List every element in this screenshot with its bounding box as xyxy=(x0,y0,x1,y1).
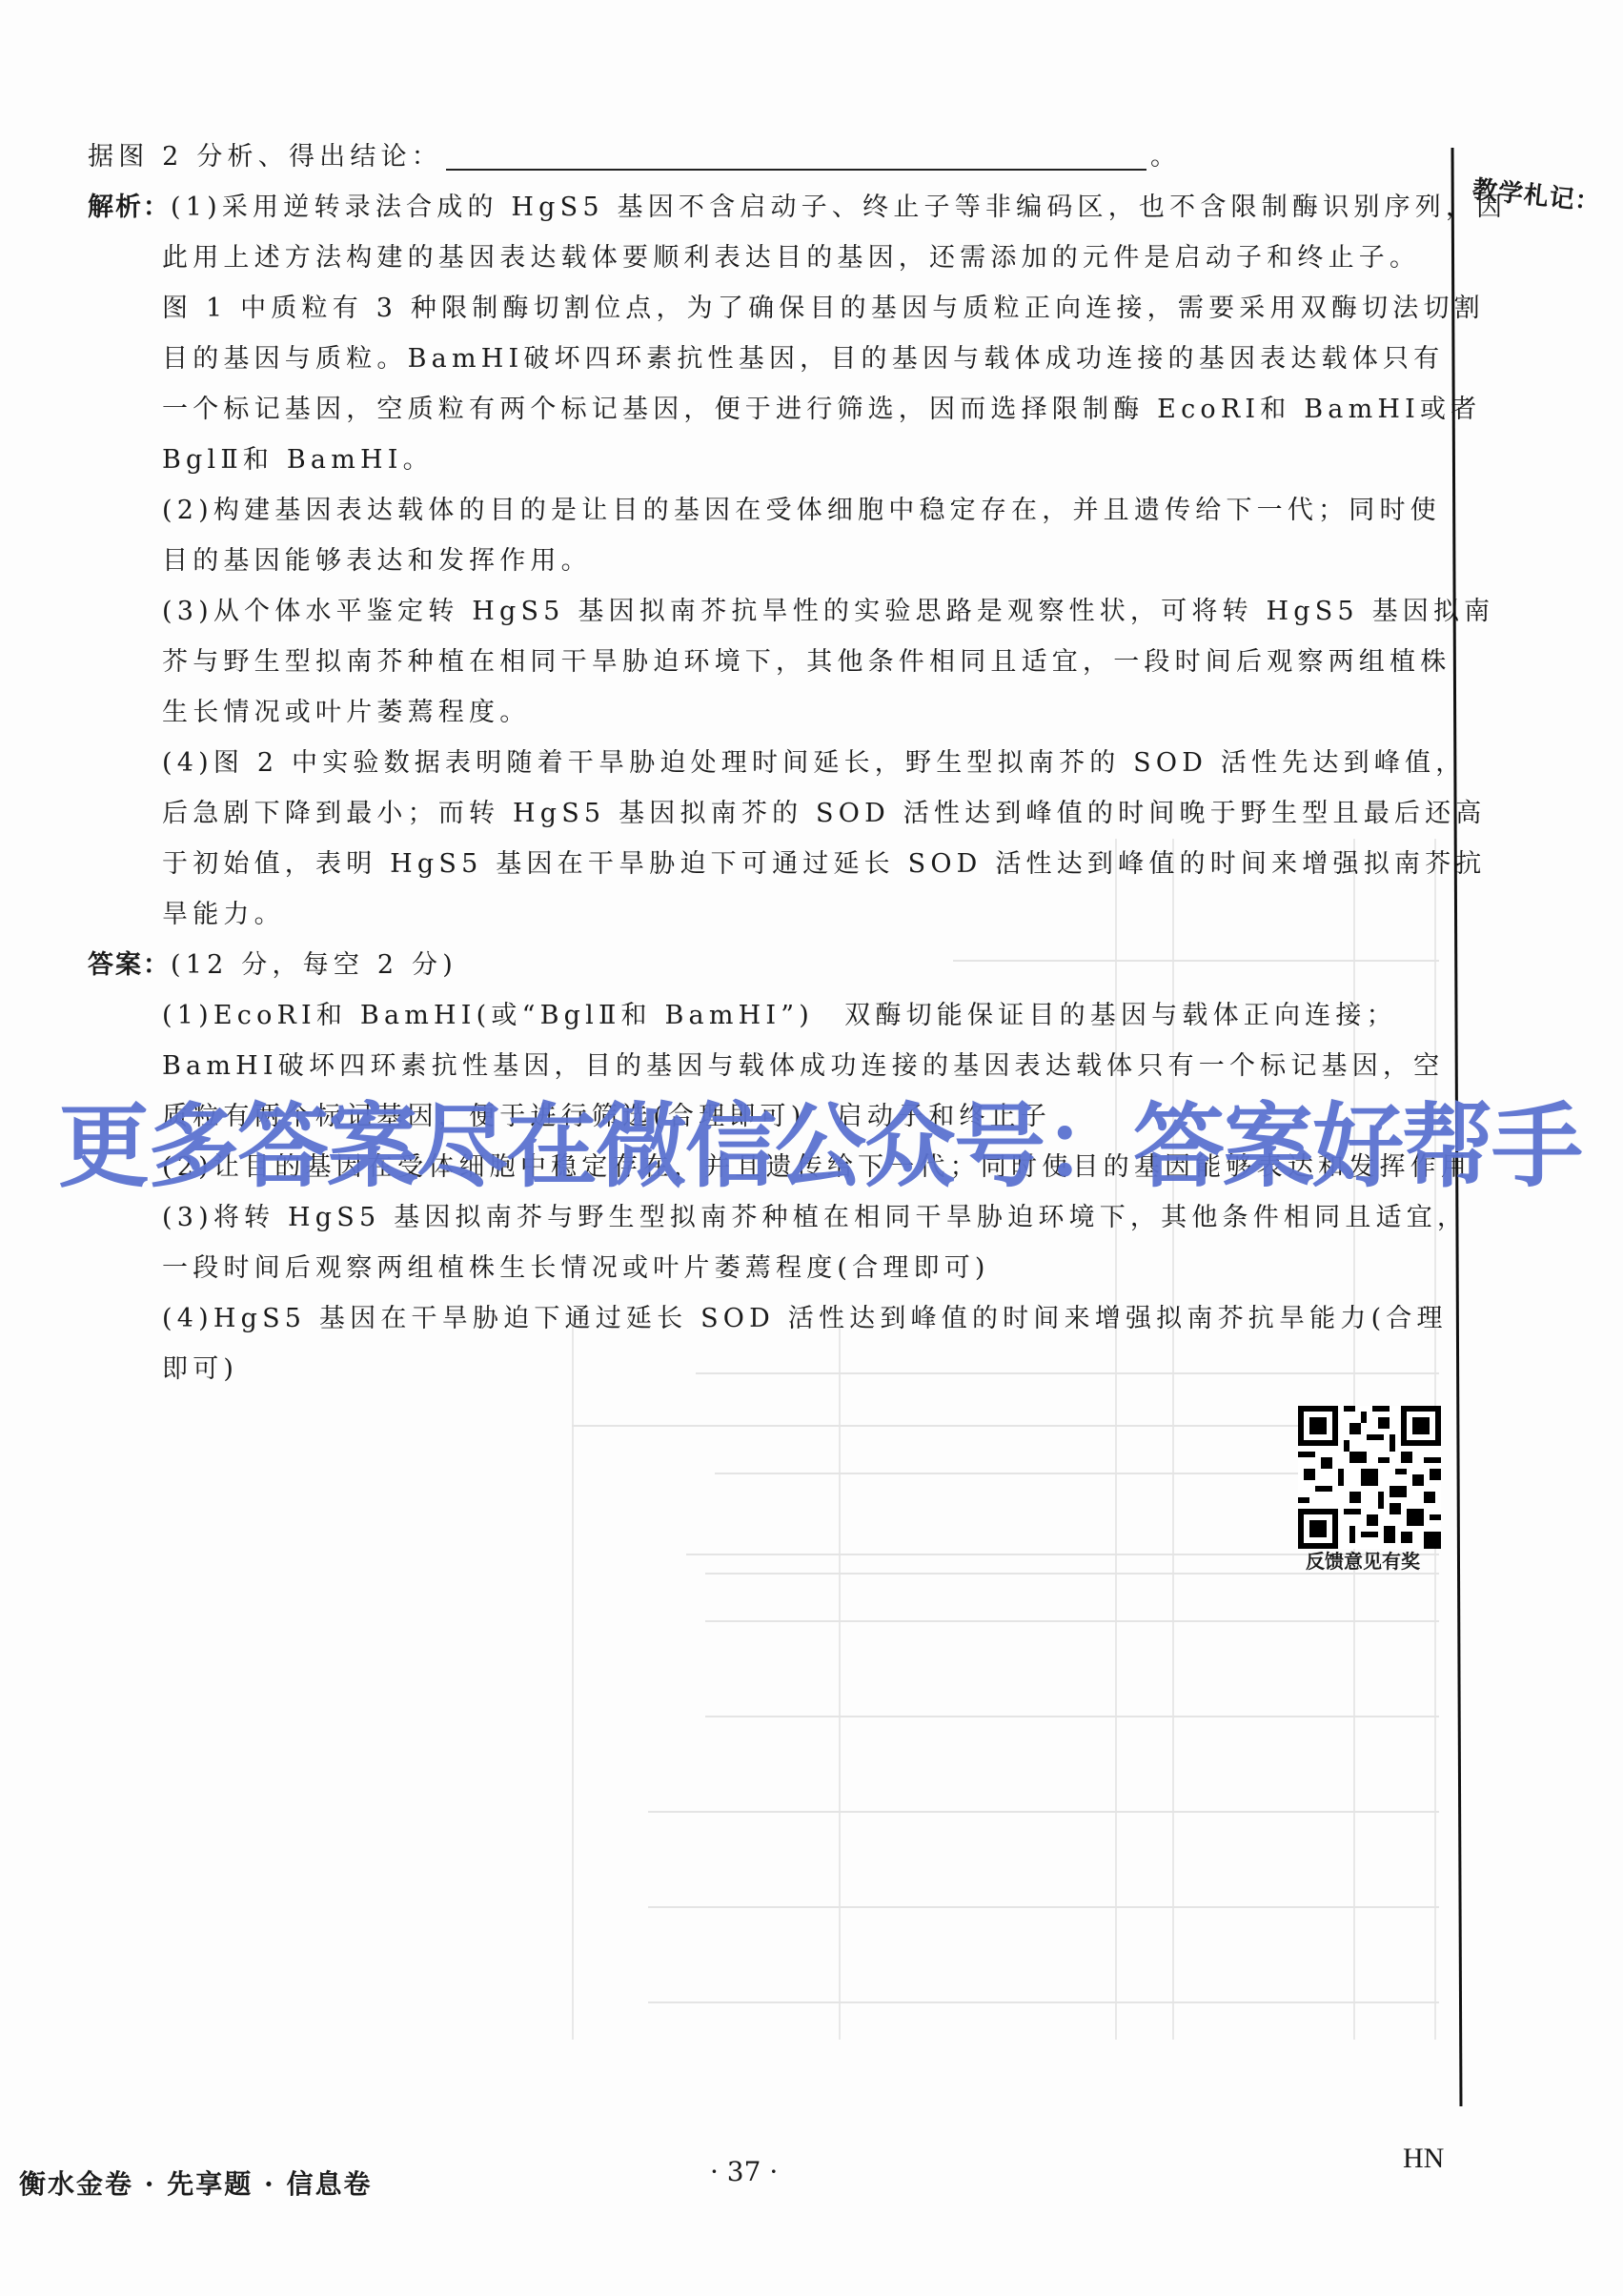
analysis-line-3: 目的基因与质粒。BamHⅠ破坏四环素抗性基因，目的基因与载体成功连接的基因表达载… xyxy=(162,340,1444,378)
footer-region-code: HN xyxy=(1403,2143,1444,2175)
analysis-line-6: (2)构建基因表达载体的目的是让目的基因在受体细胞中稳定存在，并且遗传给下一代；… xyxy=(162,492,1441,530)
analysis-line-7: 目的基因能够表达和发挥作用。 xyxy=(162,542,592,580)
qr-code-icon[interactable] xyxy=(1298,1406,1441,1549)
analysis-line-12: 后急剧下降到最小；而转 HgS5 基因拟南芥的 SOD 活性达到峰值的时间晚于野… xyxy=(162,795,1487,833)
answer-line-5: 一段时间后观察两组植株生长情况或叶片萎蔫程度(合理即可) xyxy=(162,1250,990,1288)
answer-line-0: (1)EcoRⅠ和 BamHⅠ(或“BglⅡ和 BamHⅠ”) 双酶切能保证目的… xyxy=(162,997,1397,1035)
analysis-line-0: 解析：(1)采用逆转录法合成的 HgS5 基因不含启动子、终止子等非编码区，也不… xyxy=(88,189,1507,227)
analysis-line-9: 芥与野生型拟南芥种植在相同干旱胁迫环境下，其他条件相同且适宜，一段时间后观察两组… xyxy=(162,643,1451,681)
exam-answer-page: 据图 2 分析、得出结论：。 解析：(1)采用逆转录法合成的 HgS5 基因不含… xyxy=(0,0,1623,2296)
analysis-text: (1)采用逆转录法合成的 HgS5 基因不含启动子、终止子等非编码区，也不含限制… xyxy=(171,193,1507,222)
answer-line-4: (3)将转 HgS5 基因拟南芥与野生型拟南芥种植在相同干旱胁迫环境下，其他条件… xyxy=(162,1199,1468,1237)
analysis-line-1: 此用上述方法构建的基因表达载体要顺利表达目的基因，还需添加的元件是启动子和终止子… xyxy=(162,239,1420,277)
answer-line-1: BamHⅠ破坏四环素抗性基因，目的基因与载体成功连接的基因表达载体只有一个标记基… xyxy=(162,1047,1444,1086)
analysis-line-2: 图 1 中质粒有 3 种限制酶切割位点，为了确保目的基因与质粒正向连接，需要采用… xyxy=(162,290,1485,328)
conclusion-prompt-label: 据图 2 分析、得出结论： xyxy=(88,142,442,172)
analysis-line-14: 旱能力。 xyxy=(162,896,285,934)
footer-page-number: · 37 · xyxy=(710,2156,778,2187)
analysis-line-5: BglⅡ和 BamHⅠ。 xyxy=(162,441,434,479)
qr-caption: 反馈意见有奖 xyxy=(1306,1546,1420,1574)
conclusion-answer-blank[interactable] xyxy=(446,169,1146,171)
analysis-line-4: 一个标记基因，空质粒有两个标记基因，便于进行筛选，因而选择限制酶 EcoRⅠ和 … xyxy=(162,391,1481,429)
analysis-label: 解析： xyxy=(88,193,171,222)
answer-label: 答案： xyxy=(88,950,171,980)
analysis-line-8: (3)从个体水平鉴定转 HgS5 基因拟南芥抗旱性的实验思路是观察性状，可将转 … xyxy=(162,593,1494,631)
analysis-line-10: 生长情况或叶片萎蔫程度。 xyxy=(162,694,530,732)
answer-line-7: 即可) xyxy=(162,1351,238,1389)
analysis-line-11: (4)图 2 中实验数据表明随着干旱胁迫处理时间延长，野生型拟南芥的 SOD 活… xyxy=(162,744,1466,782)
analysis-line-13: 于初始值，表明 HgS5 基因在干旱胁迫下可通过延长 SOD 活性达到峰值的时间… xyxy=(162,845,1487,884)
conclusion-prompt-end: 。 xyxy=(1150,142,1181,172)
answer-line-6: (4)HgS5 基因在干旱胁迫下通过延长 SOD 活性达到峰值的时间来增强拟南芥… xyxy=(162,1300,1448,1338)
answer-header: 答案：(12 分，每空 2 分) xyxy=(88,946,457,985)
watermark-banner: 更多答案尽在微信公众号：答案好帮手 xyxy=(57,1094,1582,1199)
footer-series-title: 衡水金卷 · 先享题 · 信息卷 xyxy=(19,2164,373,2202)
conclusion-prompt: 据图 2 分析、得出结论：。 xyxy=(88,138,1181,176)
answer-score-note: (12 分，每空 2 分) xyxy=(171,950,457,980)
